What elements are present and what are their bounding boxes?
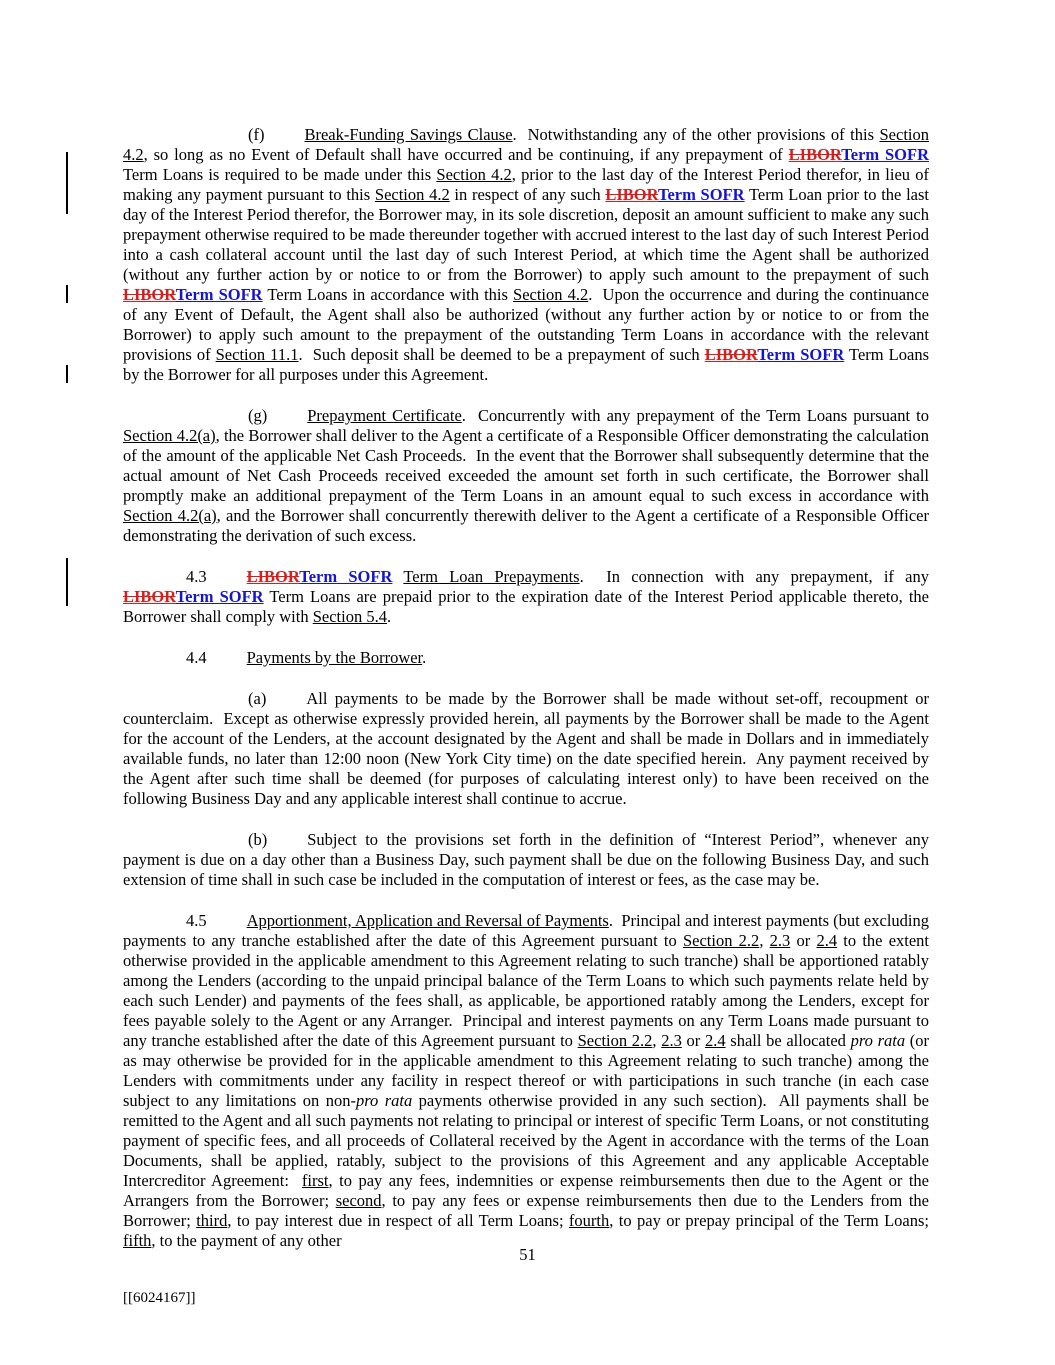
underlined-text: 2.4 xyxy=(705,1031,726,1050)
change-bar xyxy=(66,558,68,606)
underlined-text: first xyxy=(302,1171,329,1190)
change-bar xyxy=(66,285,68,303)
inserted-text: Term SOFR xyxy=(299,567,392,586)
inserted-text: Term SOFR xyxy=(841,145,929,164)
underlined-text: Section 5.4 xyxy=(313,607,387,626)
paragraph-section-4-3-term-loan-prepayments: 4.3LIBORTerm SOFR Term Loan Prepayments.… xyxy=(123,567,929,627)
underlined-text: Section 4.2(a) xyxy=(123,506,217,525)
underlined-text: Apportionment, Application and Reversal … xyxy=(247,911,609,930)
body-text: , and the Borrower shall concurrently th… xyxy=(123,506,929,545)
body-text: , to pay interest due in respect of all … xyxy=(227,1211,569,1230)
paragraph-label: (f) xyxy=(248,125,264,144)
body-text: . xyxy=(422,648,426,667)
body-text: Term Loans is required to be made under … xyxy=(123,165,436,184)
italic-text: pro rata xyxy=(356,1091,412,1110)
inserted-text: Term SOFR xyxy=(658,185,745,204)
paragraph-clause-4-4-a: (a)All payments to be made by the Borrow… xyxy=(123,689,929,809)
paragraph-clause-g-prepayment-certificate: (g)Prepayment Certificate. Concurrently … xyxy=(123,406,929,546)
underlined-text: Prepayment Certificate xyxy=(307,406,462,425)
underlined-text: 2.3 xyxy=(661,1031,682,1050)
underlined-text: Section 11.1 xyxy=(216,345,299,364)
body-text: , the Borrower shall deliver to the Agen… xyxy=(123,426,929,505)
underlined-text: Payments by the Borrower xyxy=(247,648,423,667)
paragraph-label: 4.4 xyxy=(186,648,207,667)
underlined-text: Section 2.2 xyxy=(578,1031,653,1050)
inserted-text: Term SOFR xyxy=(176,285,263,304)
body-text: All payments to be made by the Borrower … xyxy=(123,689,929,808)
underlined-text: Section 4.2 xyxy=(436,165,511,184)
paragraph-section-4-4-payments-by-borrower: 4.4Payments by the Borrower. xyxy=(123,648,929,668)
body-text: . xyxy=(387,607,391,626)
paragraph-label: (g) xyxy=(248,406,267,425)
document-body: (f)Break-Funding Savings Clause. Notwith… xyxy=(123,125,929,1272)
body-text: . Concurrently with any prepayment of th… xyxy=(462,406,929,425)
underlined-text: Break-Funding Savings Clause xyxy=(304,125,512,144)
body-text: Term Loans in accordance with this xyxy=(263,285,513,304)
deleted-text: LIBOR xyxy=(705,345,758,364)
underlined-text: 2.3 xyxy=(770,931,791,950)
body-text xyxy=(392,567,403,586)
body-text: , xyxy=(759,931,769,950)
paragraph-clause-f-break-funding-savings: (f)Break-Funding Savings Clause. Notwith… xyxy=(123,125,929,385)
underlined-text: Term Loan Prepayments xyxy=(403,567,579,586)
deleted-text: LIBOR xyxy=(123,285,176,304)
document-id-stamp: [[6024167]] xyxy=(123,1288,195,1308)
body-text: or xyxy=(682,1031,705,1050)
body-text: shall be allocated xyxy=(726,1031,851,1050)
underlined-text: second xyxy=(336,1191,382,1210)
underlined-text: fourth xyxy=(569,1211,609,1230)
change-bar xyxy=(66,152,68,214)
body-text: . In connection with any prepayment, if … xyxy=(580,567,929,586)
body-text: . Such deposit shall be deemed to be a p… xyxy=(298,345,704,364)
underlined-text: 2.4 xyxy=(816,931,837,950)
body-text: , xyxy=(652,1031,661,1050)
document-page: (f)Break-Funding Savings Clause. Notwith… xyxy=(0,0,1055,1365)
paragraph-label: 4.5 xyxy=(186,911,207,930)
paragraph-label: (a) xyxy=(248,689,266,708)
underlined-text: Section 2.2 xyxy=(683,931,759,950)
paragraph-label: 4.3 xyxy=(186,567,207,586)
body-text: Subject to the provisions set forth in t… xyxy=(123,830,929,889)
underlined-text: third xyxy=(196,1211,227,1230)
deleted-text: LIBOR xyxy=(123,587,176,606)
deleted-text: LIBOR xyxy=(789,145,842,164)
italic-text: pro rata xyxy=(851,1031,906,1050)
inserted-text: Term SOFR xyxy=(757,345,844,364)
body-text: , so long as no Event of Default shall h… xyxy=(144,145,789,164)
body-text: , to pay or prepay principal of the Term… xyxy=(609,1211,929,1230)
underlined-text: Section 4.2 xyxy=(375,185,450,204)
deleted-text: LIBOR xyxy=(247,567,300,586)
paragraph-label: (b) xyxy=(248,830,267,849)
body-text: or xyxy=(790,931,816,950)
paragraph-clause-4-4-b: (b)Subject to the provisions set forth i… xyxy=(123,830,929,890)
body-text: . Notwithstanding any of the other provi… xyxy=(513,125,880,144)
underlined-text: Section 4.2(a) xyxy=(123,426,216,445)
body-text: in respect of any such xyxy=(450,185,606,204)
page-number: 51 xyxy=(0,1245,1055,1265)
deleted-text: LIBOR xyxy=(605,185,658,204)
change-bar xyxy=(66,365,68,383)
underlined-text: Section 4.2 xyxy=(513,285,588,304)
inserted-text: Term SOFR xyxy=(176,587,264,606)
paragraph-section-4-5-apportionment: 4.5Apportionment, Application and Revers… xyxy=(123,911,929,1251)
